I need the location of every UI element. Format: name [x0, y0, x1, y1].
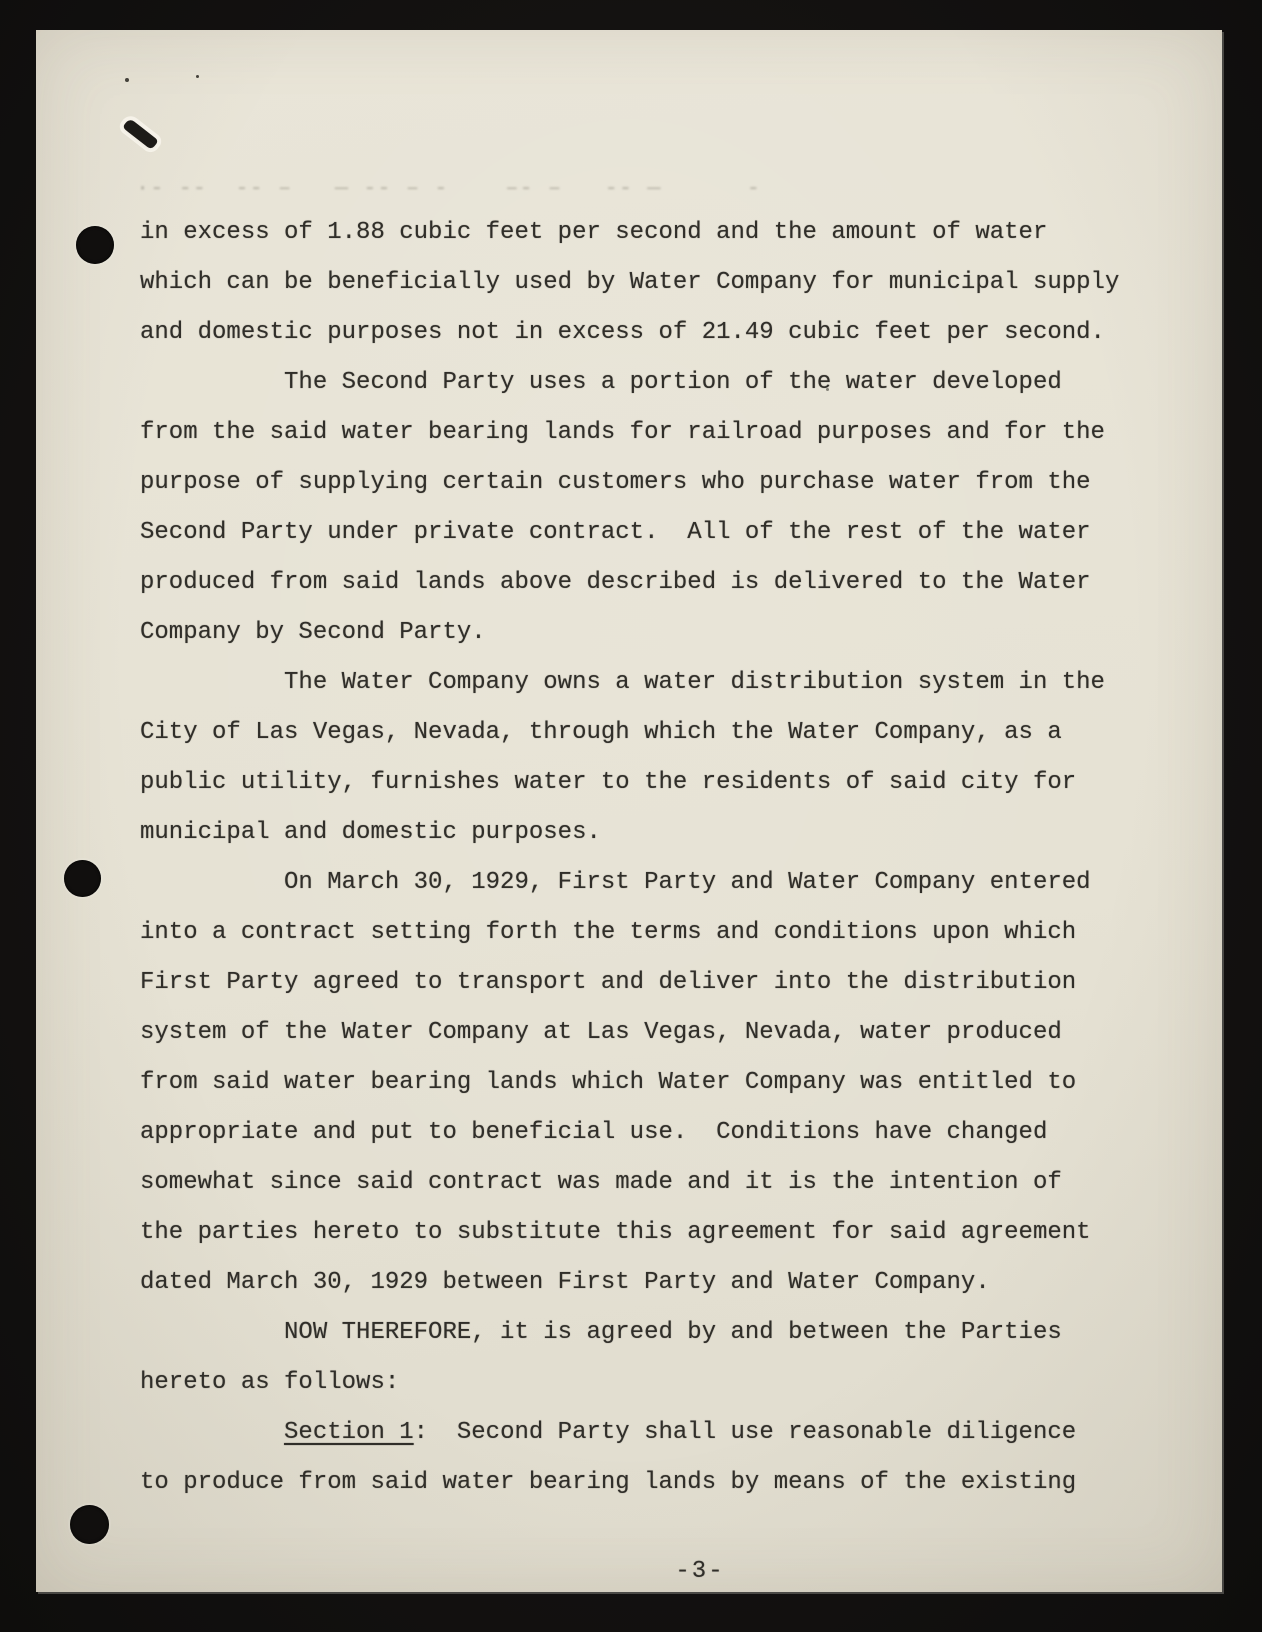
- hole-punch-bottom: [70, 1505, 109, 1544]
- text-line: from the said water bearing lands for ra…: [140, 408, 1150, 458]
- ink-speck: [196, 75, 199, 78]
- hole-punch-top: [76, 226, 114, 264]
- text-line: from said water bearing lands which Wate…: [140, 1058, 1150, 1108]
- document-lines: in excess of 1.88 cubic feet per second …: [140, 208, 1150, 1508]
- ink-speck: [125, 78, 129, 82]
- text-line: On March 30, 1929, First Party and Water…: [140, 858, 1150, 908]
- text-line: dated March 30, 1929 between First Party…: [140, 1258, 1150, 1308]
- text-line: purpose of supplying certain customers w…: [140, 458, 1150, 508]
- page-number: -3-: [210, 1558, 1190, 1585]
- text-line: First Party agreed to transport and deli…: [140, 958, 1150, 1008]
- text-line: Section 1: Second Party shall use reason…: [140, 1408, 1150, 1458]
- text-line: appropriate and put to beneficial use. C…: [140, 1108, 1150, 1158]
- text-line: produced from said lands above described…: [140, 558, 1150, 608]
- text-line: City of Las Vegas, Nevada, through which…: [140, 708, 1150, 758]
- text-line: somewhat since said contract was made an…: [140, 1158, 1150, 1208]
- text-line: in excess of 1.88 cubic feet per second …: [140, 208, 1150, 258]
- text-line: which can be beneficially used by Water …: [140, 258, 1150, 308]
- hole-punch-middle: [64, 860, 101, 897]
- faded-ghost-text: ·- -- -- – — -- – - –- – -- — - – - –– —…: [136, 176, 776, 202]
- document-page: ·- -- -- – — -- – - –- – -- — - – - –– —…: [36, 30, 1222, 1592]
- text-line: municipal and domestic purposes.: [140, 808, 1150, 858]
- text-line: and domestic purposes not in excess of 2…: [140, 308, 1150, 358]
- text-line: to produce from said water bearing lands…: [140, 1458, 1150, 1508]
- text-line: hereto as follows:: [140, 1358, 1150, 1408]
- text-line: NOW THEREFORE, it is agreed by and betwe…: [140, 1308, 1150, 1358]
- text-line: into a contract setting forth the terms …: [140, 908, 1150, 958]
- pen-mark: [122, 118, 159, 150]
- text-line: the parties hereto to substitute this ag…: [140, 1208, 1150, 1258]
- text-line: The Water Company owns a water distribut…: [140, 658, 1150, 708]
- text-line: system of the Water Company at Las Vegas…: [140, 1008, 1150, 1058]
- text-line: public utility, furnishes water to the r…: [140, 758, 1150, 808]
- text-line: The Second Party uses a portion of the w…: [140, 358, 1150, 408]
- scan-background: ·- -- -- – — -- – - –- – -- — - – - –– —…: [0, 0, 1262, 1632]
- text-line: Company by Second Party.: [140, 608, 1150, 658]
- text-line: Second Party under private contract. All…: [140, 508, 1150, 558]
